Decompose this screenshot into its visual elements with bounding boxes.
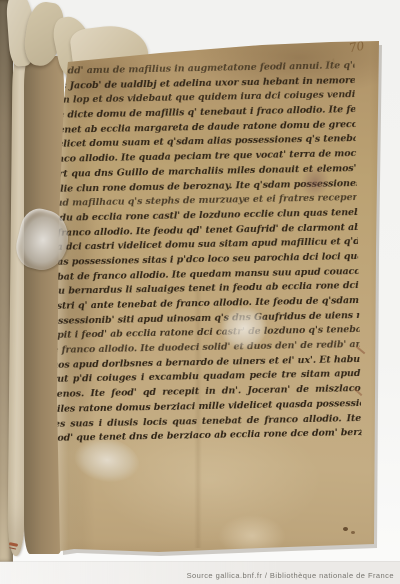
manuscript-text-block: rone dd' amu de mafilius in augmetatone … bbox=[40, 59, 361, 447]
ink-spot bbox=[343, 527, 348, 531]
ink-spot bbox=[351, 531, 355, 534]
gutter-parchment bbox=[24, 56, 64, 554]
manuscript-scan: rone dd' amu de mafilius in augmetatone … bbox=[0, 0, 400, 584]
credit-bar: Source gallica.bnf.fr / Bibliothèque nat… bbox=[0, 561, 400, 584]
credit-text: Source gallica.bnf.fr / Bibliothèque nat… bbox=[187, 571, 394, 580]
folio-number: 70 bbox=[348, 39, 365, 55]
